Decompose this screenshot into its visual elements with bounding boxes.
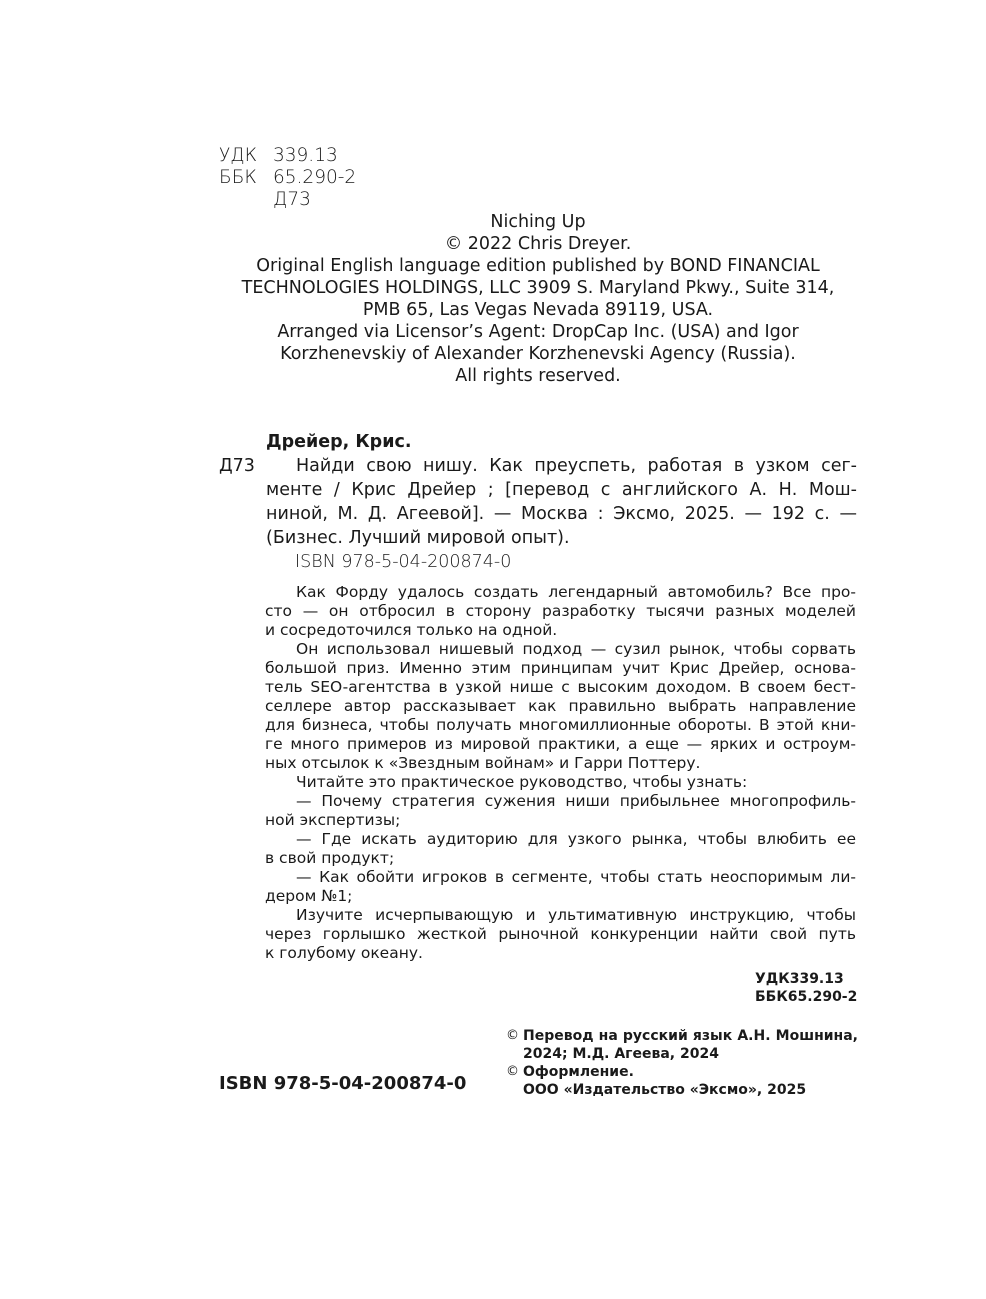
copyright-page: УДК 339.13 ББК 65.290-2 Д73 Niching Up ©… bbox=[0, 0, 986, 1299]
author-mark: Д73 bbox=[273, 189, 311, 211]
original-edition-line: Arranged via Licensor’s Agent: DropCap I… bbox=[219, 321, 857, 343]
annotation-line: в свой продукт; bbox=[265, 849, 856, 868]
annotation-line: — Почему стратегия сужения ниши прибыльн… bbox=[265, 792, 856, 811]
bottom-bbk: ББК65.290-2 bbox=[755, 988, 857, 1006]
original-edition-line: PMB 65, Las Vegas Nevada 89119, USA. bbox=[219, 299, 857, 321]
annotation-line: тель SEO-агентства в узкой нише с высоки… bbox=[265, 678, 856, 697]
biblio-line: ниной, М. Д. Агеевой]. — Москва : Эксмо,… bbox=[266, 502, 857, 526]
annotation-line: Как Форду удалось создать легендарный ав… bbox=[265, 583, 856, 602]
annotation-line: через горлышко жесткой рыночной конкурен… bbox=[265, 925, 856, 944]
bottom-classification-codes: УДК339.13 ББК65.290-2 bbox=[755, 970, 857, 1006]
copyright-icon: © bbox=[506, 1063, 519, 1081]
original-edition-line: TECHNOLOGIES HOLDINGS, LLC 3909 S. Maryl… bbox=[219, 277, 857, 299]
biblio-line: менте / Крис Дрейер ; [перевод с английс… bbox=[266, 478, 857, 502]
annotation-line: сто — он отбросил в сторону разработку т… bbox=[265, 602, 856, 621]
copyright-notices: © Перевод на русский язык А.Н. Мошнина, … bbox=[506, 1027, 858, 1099]
annotation-line: ной экспертизы; bbox=[265, 811, 856, 830]
annotation-line: для бизнеса, чтобы получать многомиллион… bbox=[265, 716, 856, 735]
annotation-line: — Как обойти игроков в сегменте, чтобы с… bbox=[265, 868, 856, 887]
bbk-label: ББК bbox=[219, 167, 273, 189]
rights-reserved: All rights reserved. bbox=[219, 365, 857, 387]
udk-label: УДК bbox=[219, 145, 273, 167]
annotation-line: селлере автор рассказывает как правильно… bbox=[265, 697, 856, 716]
card-isbn: ISBN 978-5-04-200874-0 bbox=[295, 550, 511, 574]
annotation-line: и сосредоточился только на одной. bbox=[265, 621, 856, 640]
biblio-line: Найди свою нишу. Как преуспеть, работая … bbox=[266, 454, 857, 478]
original-copyright: © 2022 Chris Dreyer. bbox=[219, 233, 857, 255]
annotation-line: к голубому океану. bbox=[265, 944, 856, 963]
bbk-row: ББК 65.290-2 bbox=[219, 167, 356, 189]
design-copyright: © Оформление. ООО «Издательство «Эксмо»,… bbox=[506, 1063, 858, 1099]
card-author: Дрейер, Крис. bbox=[266, 430, 412, 454]
udk-value: 339.13 bbox=[273, 145, 338, 167]
annotation-line: Он использовал нишевый подход — сузил ры… bbox=[265, 640, 856, 659]
annotation-line: Изучите исчерпывающую и ультимативную ин… bbox=[265, 906, 856, 925]
card-author-mark: Д73 bbox=[219, 454, 255, 478]
bottom-udk: УДК339.13 bbox=[755, 970, 857, 988]
udk-row: УДК 339.13 bbox=[219, 145, 356, 167]
copyright-icon: © bbox=[506, 1027, 519, 1045]
annotation-line: ных отсылок к «Звездным войнам» и Гарри … bbox=[265, 754, 856, 773]
annotation-line: — Где искать аудиторию для узкого рынка,… bbox=[265, 830, 856, 849]
biblio-line: (Бизнес. Лучший мировой опыт). bbox=[266, 526, 857, 550]
original-title: Niching Up bbox=[219, 211, 857, 233]
author-mark-row: Д73 bbox=[219, 189, 356, 211]
bibliographic-description: Найди свою нишу. Как преуспеть, работая … bbox=[266, 454, 857, 550]
classification-codes: УДК 339.13 ББК 65.290-2 Д73 bbox=[219, 145, 356, 211]
annotation-line: Читайте это практическое руководство, чт… bbox=[265, 773, 856, 792]
original-edition-line: Original English language edition publis… bbox=[219, 255, 857, 277]
annotation-line: большой приз. Именно этим принципам учит… bbox=[265, 659, 856, 678]
annotation-line: ге много примеров из мировой практики, а… bbox=[265, 735, 856, 754]
bbk-value: 65.290-2 bbox=[273, 167, 356, 189]
annotation: Как Форду удалось создать легендарный ав… bbox=[265, 583, 856, 963]
translation-copyright: © Перевод на русский язык А.Н. Мошнина, … bbox=[506, 1027, 858, 1063]
original-edition-notice: Niching Up © 2022 Chris Dreyer. Original… bbox=[219, 211, 857, 387]
annotation-line: дером №1; bbox=[265, 887, 856, 906]
isbn-bottom: ISBN 978-5-04-200874-0 bbox=[219, 1072, 466, 1096]
original-edition-line: Korzhenevskiy of Alexander Korzhenevski … bbox=[219, 343, 857, 365]
